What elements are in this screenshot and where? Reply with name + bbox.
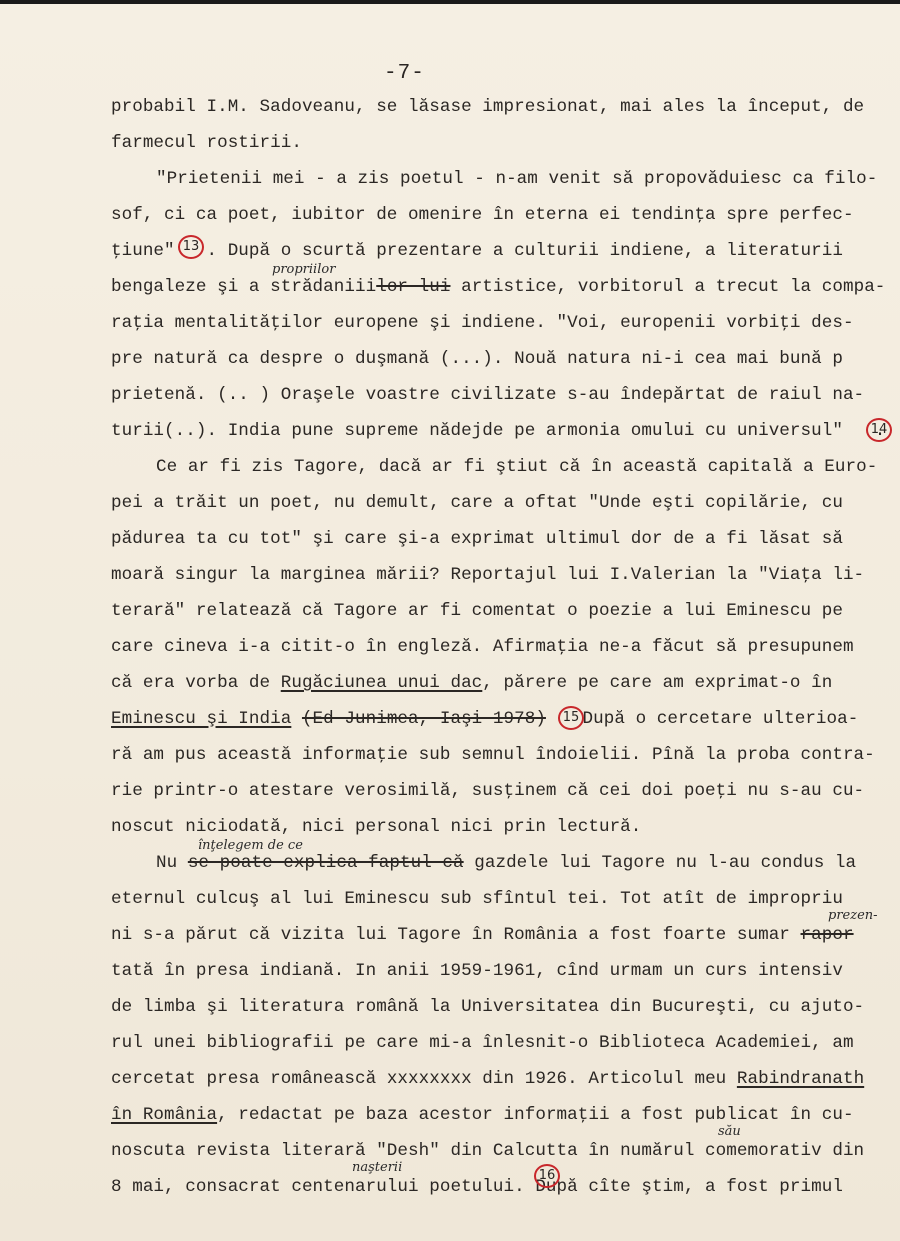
text-line: în România, redactat pe baza acestor inf… [111,1104,854,1126]
struck-text: (Ed Junimea, Iaşi 1978) [302,709,546,729]
page-number: -7- [384,62,425,85]
line-text: cercetat presa românească [111,1069,387,1089]
text-line: pădurea ta cu tot" şi care şi-a exprimat… [111,528,843,550]
line-text: După o cercetare ulterioa- [572,709,858,729]
text-line: Ce ar fi zis Tagore, dacă ar fi ştiut că… [156,456,877,478]
text-line: rie printr-o atestare verosimilă, susţin… [111,780,864,802]
text-line: sof, ci ca poet, iubitor de omenire în e… [111,204,854,226]
text-line: rul unei bibliografii pe care mi-a înles… [111,1032,854,1054]
text-line: eternul culcuş al lui Eminescu sub sfînt… [111,888,843,910]
text-line: bengaleze şi a strădaniiilor lui artisti… [111,276,885,298]
underlined-title: în România [111,1105,217,1125]
text-line: de limba şi literatura română la Univers… [111,996,864,1018]
line-text: artistice, vorbitorul a trecut la compa- [450,277,885,297]
text-line: terară" relatează că Tagore ar fi coment… [111,600,843,622]
line-text: ni s-a părut că vizita lui Tagore în Rom… [111,925,801,945]
line-text: , redactat pe baza acestor informaţii a … [217,1105,853,1125]
text-line: pei a trăit un poet, nu demult, care a o… [111,492,843,514]
line-text: bengaleze şi a străda [111,277,334,297]
text-line: prietenă. (.. ) Oraşele voastre civiliza… [111,384,864,406]
text-line: "Prietenii mei - a zis poetul - n-am ven… [156,168,877,190]
footnote-marker-15: 15 [558,706,584,730]
line-text: Nu [156,853,188,873]
line-text: niii [334,277,376,297]
underlined-title: Rugăciunea unui dac [281,673,483,693]
underlined-title: Rabindranath [737,1069,864,1089]
handwritten-correction: prezen- [828,908,878,923]
underlined-title: Eminescu şi India [111,709,291,729]
text-line: ţiune" . După o scurtă prezentare a cult… [111,240,843,262]
footnote-marker-16: 16 [534,1164,560,1188]
text-line: Eminescu şi India (Ed Junimea, Iaşi 1978… [111,708,858,730]
text-line: pre natură ca despre o duşmană (...). No… [111,348,843,370]
handwritten-correction: naşterii [352,1160,402,1175]
text-line: Nu se poate explica faptul că gazdele lu… [156,852,856,874]
handwritten-correction: înţelegem de ce [198,838,303,853]
struck-text: se poate explica faptul că [188,853,464,873]
line-text: gazdele lui Tagore nu l-au condus la [464,853,857,873]
typewritten-page: -7- probabil I.M. Sadoveanu, se lăsase i… [0,0,900,1241]
text-line: cercetat presa românească xxxxxxxx din 1… [111,1068,864,1090]
handwritten-correction: său [718,1124,741,1139]
text-line: 8 mai, consacrat centenarului poetului. … [111,1176,843,1198]
struck-text: rapor [801,925,854,945]
handwritten-correction: propriilor [272,262,335,277]
line-text: , părere pe care am exprimat-o în [482,673,832,693]
text-line: noscuta revista literară "Desh" din Calc… [111,1140,864,1162]
text-line: moară singur la marginea mării? Reportaj… [111,564,864,586]
text-line: turii(..). India pune supreme nădejde pe… [111,420,885,442]
text-line: ni s-a părut că vizita lui Tagore în Rom… [111,924,854,946]
footnote-marker-14: 14 [866,418,892,442]
text-line: ră am pus această informaţie sub semnul … [111,744,875,766]
line-text: din 1926. Articolul meu [472,1069,737,1089]
line-text: că era vorba de [111,673,281,693]
text-line: care cineva i-a citit-o în engleză. Afir… [111,636,854,658]
struck-text: lor lui [376,277,450,297]
text-line: farmecul rostirii. [111,132,302,154]
text-line: probabil I.M. Sadoveanu, se lăsase impre… [111,96,864,118]
text-line: raţia mentalităţilor europene şi indiene… [111,312,854,334]
footnote-marker-13: 13 [178,235,204,259]
text-line: tată în presa indiană. In anii 1959-1961… [111,960,843,982]
x-ed-out-text: xxxxxxxx [387,1069,472,1089]
text-line: noscut niciodată, nici personal nici pri… [111,816,641,838]
text-line: că era vorba de Rugăciunea unui dac, păr… [111,672,832,694]
